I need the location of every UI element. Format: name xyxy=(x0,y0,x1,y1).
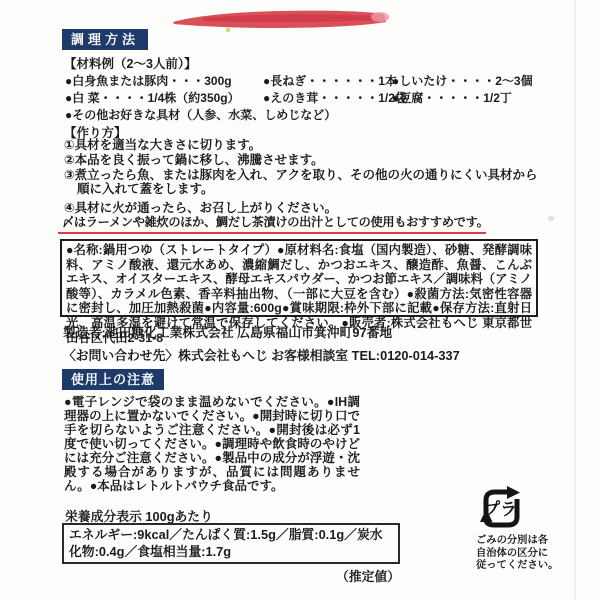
ingredient-item: ●豆腐・・・・・1/2丁 xyxy=(392,89,512,106)
usage-caution-body: ●電子レンジで袋のまま温めないでください。●IH調理器の上に置かないでください。… xyxy=(64,395,360,493)
nutrition-facts-box: エネルギー:9kcal／たんぱく質:1.5g／脂質:0.1g／炭水化物:0.4g… xyxy=(62,523,400,564)
recycling-block: プラ ごみの分別は各 自治体の区分に 従ってください。 xyxy=(476,486,546,573)
package-crease-line xyxy=(574,0,576,600)
ingredient-item: ●長ねぎ・・・・・・1本 xyxy=(263,72,397,89)
usage-caution-header: 使用上の注意 xyxy=(62,369,164,390)
waste-note-line: 従ってください。 xyxy=(476,560,546,573)
ingredient-item: ●白 菜・・・・1/4株（約350g） xyxy=(65,89,240,106)
ingredient-item: ●白身魚または豚肉・・・300g xyxy=(65,72,232,89)
cooking-step: ②本品を良く振って鍋に移し、沸騰させます。 xyxy=(64,153,540,168)
manufacturer-line: 製造者:池田糖化工業株式会社 広島県福山市箕沖町97番地 xyxy=(63,322,392,341)
serving-tip-underlined: 〆はラーメンや雑炊のほか、鯛だし茶漬けの出汁としての使用もおすすめです。 xyxy=(58,213,486,234)
ingredient-item: ●えのき茸・・・・・1/2袋 xyxy=(263,89,407,106)
paint-speck-pink xyxy=(548,216,554,221)
cooking-method-header: 調理方法 xyxy=(62,29,148,50)
waste-separation-note: ごみの分別は各 自治体の区分に 従ってください。 xyxy=(476,535,546,573)
ingredient-other: ●その他お好きな具材（人参、水菜、しめじなど） xyxy=(65,106,336,123)
red-brush-stroke xyxy=(172,8,392,34)
waste-note-line: 自治体の区分に xyxy=(476,548,546,561)
product-info-box: ●名称:鍋用つゆ（ストレートタイプ）●原材料名:食塩（国内製造）、砂糖、発酵調味… xyxy=(60,239,538,317)
ingredient-item: ●しいたけ・・・・2～3個 xyxy=(392,72,533,89)
cooking-steps: ①具材を適当な大きさに切ります。 ②本品を良く振って鍋に移し、沸騰させます。 ③… xyxy=(64,138,540,216)
waste-note-line: ごみの分別は各 xyxy=(476,535,546,548)
package-label: 調理方法 【材料例（2～3人前）】 ●白身魚または豚肉・・・300g ●長ねぎ・… xyxy=(0,0,600,600)
cooking-step: ③煮立ったら魚、または豚肉を入れ、アクを取り、その他の火の通りにくい具材から順に… xyxy=(64,168,540,198)
ingredient-example-title: 【材料例（2～3人前）】 xyxy=(64,54,197,72)
paint-speck-green xyxy=(226,28,230,32)
contact-line: 〈お問い合わせ先〉株式会社もへじ お客様相談室 TEL:0120-014-337 xyxy=(63,345,460,364)
cooking-step: ①具材を適当な大きさに切ります。 xyxy=(64,138,540,153)
plastic-mark-label: プラ xyxy=(476,495,524,520)
nutrition-estimate-note: （推定値） xyxy=(62,566,400,585)
plastic-recycling-icon: プラ xyxy=(476,486,524,532)
